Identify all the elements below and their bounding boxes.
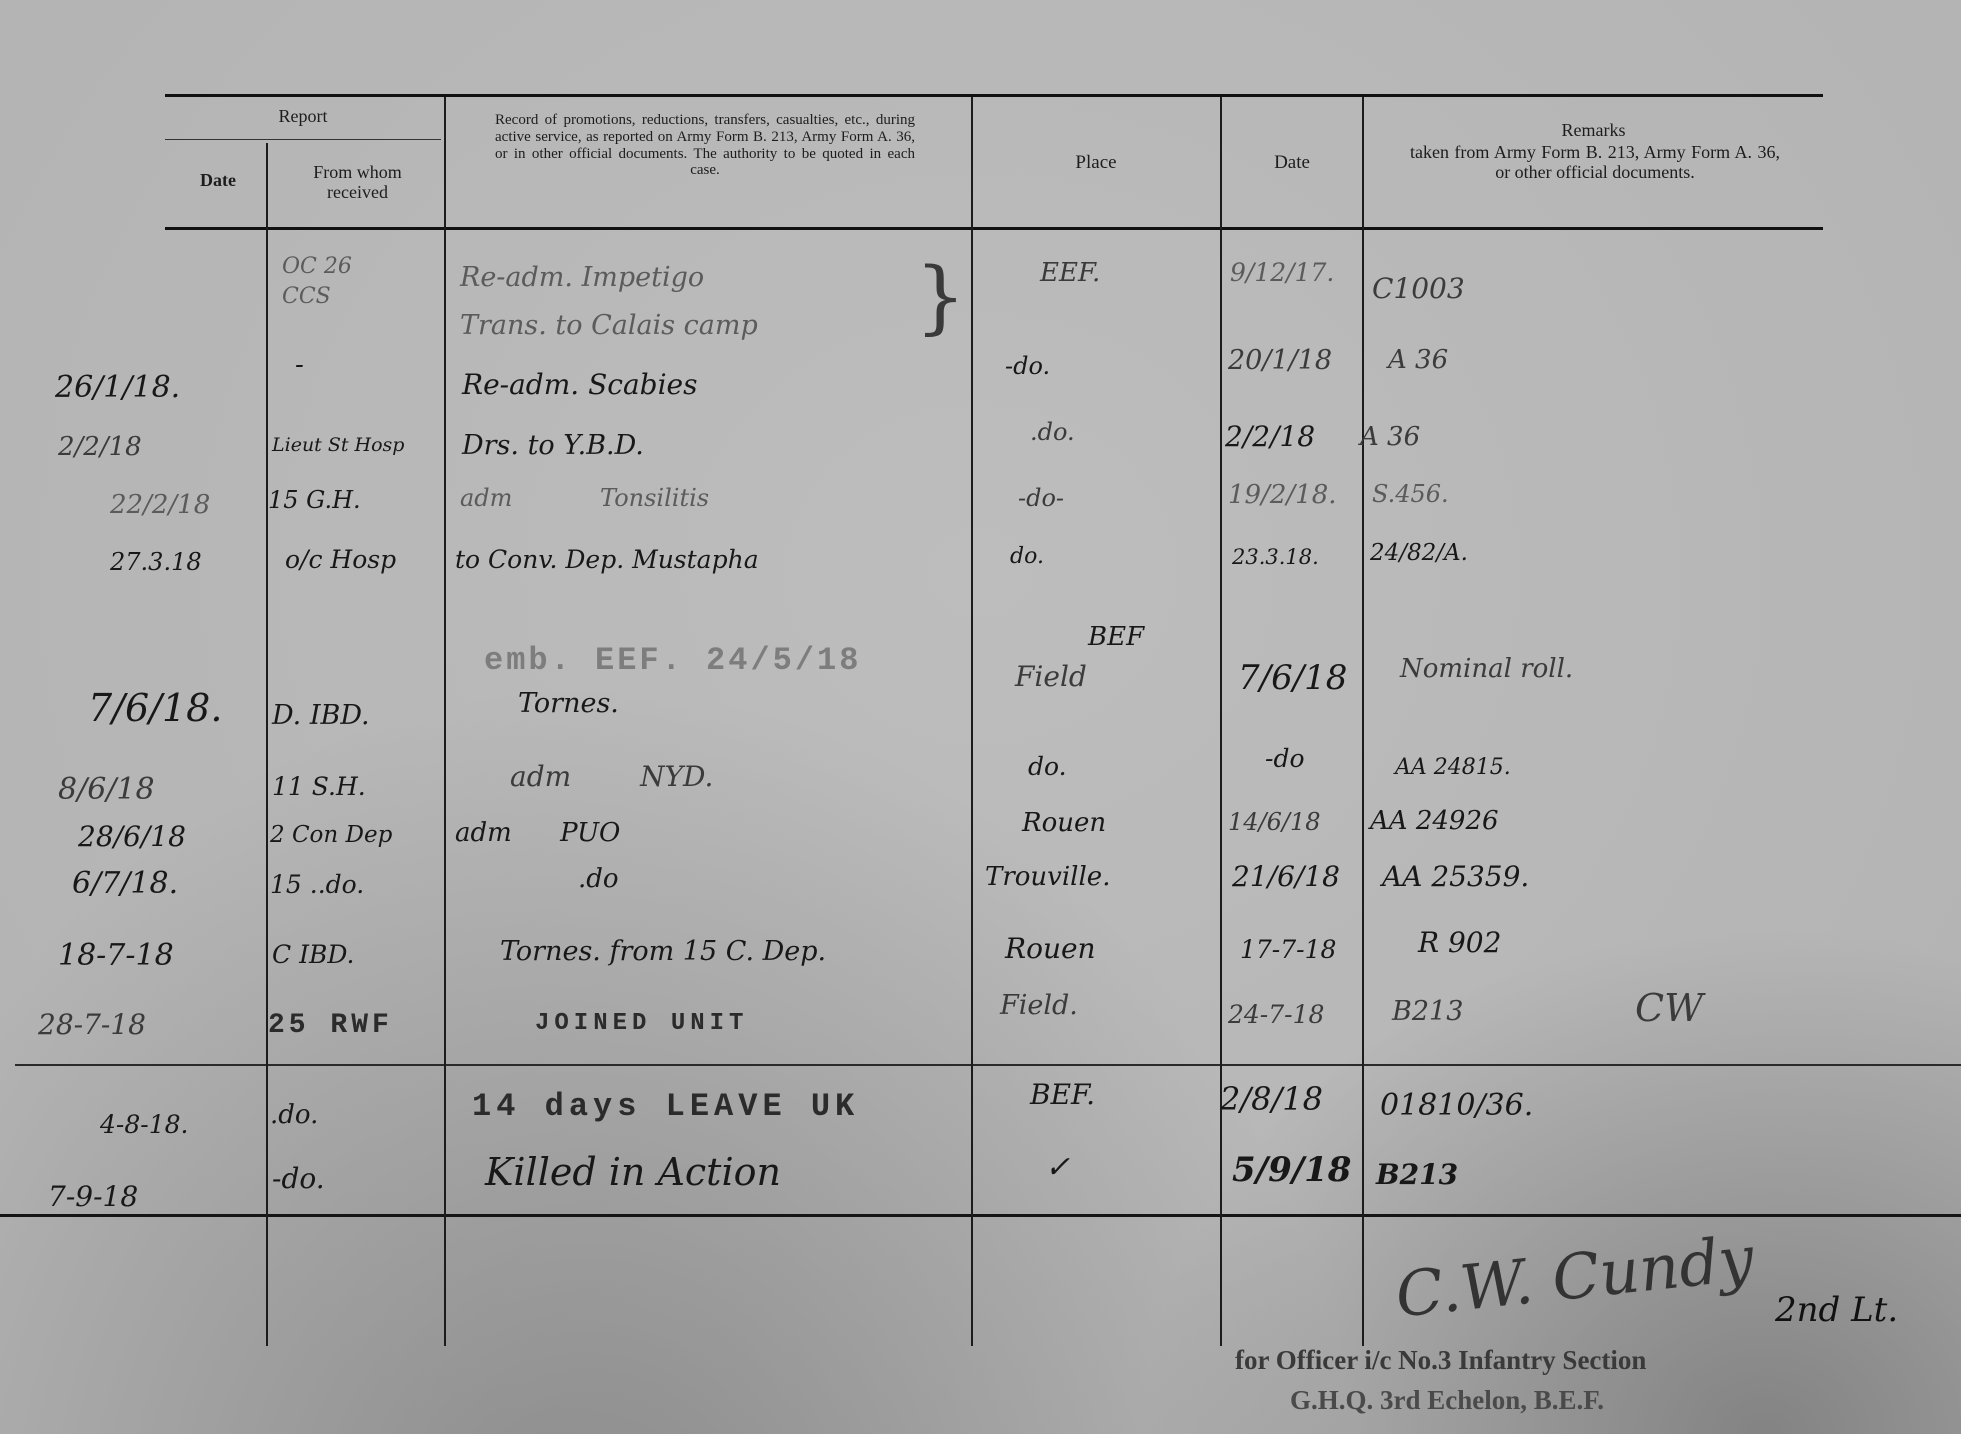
row6-remarks: Nominal roll. — [1400, 654, 1573, 684]
row3-from-whom: 15 G.H. — [268, 486, 361, 514]
row0-remarks: C1003 — [1372, 272, 1465, 305]
officer-signature: C.W. Cundy — [1392, 1221, 1757, 1331]
report-date-header: Date — [170, 170, 266, 190]
column-divider-from-whom — [444, 97, 446, 1346]
row12-remarks: 01810/36. — [1380, 1088, 1533, 1123]
row1-remarks: A 36 — [1388, 345, 1448, 375]
row10-place: Rouen — [1005, 932, 1096, 965]
row3-remarks: S.456. — [1372, 480, 1449, 508]
row9-date: 21/6/18 — [1232, 860, 1340, 893]
row2-remarks: A 36 — [1360, 422, 1420, 452]
row6-from-whom: D. IBD. — [272, 700, 370, 731]
row8-remarks: AA 24926 — [1370, 806, 1499, 836]
row7-place: do. — [1028, 752, 1067, 781]
row10-remarks: R 902 — [1418, 926, 1501, 959]
row13-remarks: B213 — [1376, 1158, 1458, 1191]
column-divider-place — [1220, 97, 1222, 1346]
row0-record: Re-adm. Impetigo — [460, 262, 704, 293]
row11-joined-unit-stamp: JOINED UNIT — [535, 1010, 748, 1037]
row13-report-date: 7-9-18 — [48, 1180, 138, 1213]
row6-place: Field — [1015, 660, 1087, 693]
row4-from-whom: o/c Hosp — [285, 545, 396, 574]
remarks-header-title: Remarks — [1364, 120, 1823, 140]
row2-date: 2/2/18 — [1225, 420, 1315, 453]
row1-report-date: 26/1/18. — [55, 370, 180, 405]
row10-report-date: 18-7-18 — [58, 938, 174, 973]
row3-place: -do- — [1018, 484, 1064, 512]
row10-from-whom: C IBD. — [272, 940, 354, 969]
record-header: Record of promotions, reductions, transf… — [495, 112, 915, 179]
row8-record: adm PUO — [455, 818, 620, 848]
row13-date: 5/9/18 — [1232, 1150, 1351, 1190]
row1-record: Re-adm. Scabies — [462, 368, 697, 401]
row11-report-date: 28-7-18 — [38, 1008, 146, 1041]
row8-place: Rouen — [1022, 808, 1106, 838]
row2-record: Drs. to Y.B.D. — [462, 430, 644, 461]
bottom-rule — [0, 1214, 1961, 1217]
row9-record: .do — [578, 864, 619, 894]
row4-date: 23.3.18. — [1232, 545, 1319, 569]
row13-place-tick: ✓ — [1045, 1150, 1070, 1185]
top-rule — [165, 94, 1823, 97]
row12-report-date: 4-8-18. — [100, 1110, 188, 1139]
report-group-header: Report — [165, 106, 441, 126]
row5-embarkation-stamp: emb. EEF. 24/5/18 — [484, 642, 861, 679]
row9-place: Trouville. — [985, 862, 1110, 892]
row8-report-date: 28/6/18 — [78, 820, 186, 853]
row4-record: to Conv. Dep. Mustapha — [455, 545, 759, 574]
row8-from-whom: 2 Con Dep — [270, 822, 392, 848]
row10-date: 17-7-18 — [1240, 935, 1336, 964]
row2-from-whom: Lieut St Hosp — [272, 434, 404, 456]
row4-remarks: 24/82/A. — [1370, 540, 1468, 566]
from-whom-header: From whom received — [290, 162, 425, 202]
row9-report-date: 6/7/18. — [72, 866, 178, 901]
row6-date: 7/6/18 — [1238, 658, 1347, 698]
row10-record: Tornes. from 15 C. Dep. — [500, 936, 826, 967]
header-bottom-rule — [165, 227, 1823, 230]
row11-date: 24-7-18 — [1228, 1000, 1324, 1029]
row9-remarks: AA 25359. — [1382, 860, 1529, 893]
brace-mark: } — [915, 250, 966, 343]
row2-place: .do. — [1030, 418, 1075, 446]
date-header: Date — [1222, 152, 1362, 173]
row7-from-whom: 11 S.H. — [272, 772, 366, 801]
row1-from-whom: - — [295, 350, 304, 380]
row11-from-whom-stamp: 25 RWF — [268, 1010, 393, 1041]
column-divider-date — [266, 143, 268, 1346]
row0-place: EEF. — [1040, 258, 1100, 288]
report-subheader-rule — [165, 139, 441, 140]
row13-from-whom: -do. — [272, 1162, 325, 1195]
remarks-header-body: taken from Army Form B. 213, Army Form A… — [1410, 142, 1780, 182]
row7-record: adm NYD. — [510, 760, 713, 793]
row0-record-line2: Trans. to Calais camp — [460, 310, 758, 341]
row9-from-whom: 15 ..do. — [270, 870, 364, 899]
row7-report-date: 8/6/18 — [58, 772, 155, 807]
initials-mark: CW — [1635, 986, 1703, 1030]
row12-from-whom: .do. — [270, 1100, 318, 1130]
row2-report-date: 2/2/18 — [58, 432, 142, 462]
row8-date: 14/6/18 — [1228, 808, 1321, 836]
place-header: Place — [972, 152, 1220, 173]
row5-place: BEF — [1088, 622, 1144, 652]
row0-date: 9/12/17. — [1230, 258, 1334, 287]
footer-stamp-line2: G.H.Q. 3rd Echelon, B.E.F. — [1290, 1385, 1604, 1416]
column-divider-date2 — [1362, 97, 1364, 1346]
row12-date: 2/8/18 — [1220, 1080, 1323, 1118]
row3-record: adm Tonsilitis — [460, 484, 709, 512]
row3-report-date: 22/2/18 — [110, 490, 210, 520]
row7-remarks: AA 24815. — [1395, 755, 1511, 780]
signature-rank: 2nd Lt. — [1775, 1290, 1898, 1330]
row11-remarks: B213 — [1392, 996, 1463, 1027]
column-divider-record — [971, 97, 973, 1346]
row11-place: Field. — [1000, 990, 1078, 1021]
row7-date: -do — [1265, 744, 1305, 773]
row6-record: Tornes. — [518, 688, 619, 719]
row13-record: Killed in Action — [485, 1150, 781, 1194]
row3-date: 19/2/18. — [1228, 480, 1337, 510]
section-rule — [15, 1064, 1961, 1066]
footer-stamp-line1: for Officer i/c No.3 Infantry Section — [1235, 1345, 1646, 1376]
row12-leave-stamp: 14 days LEAVE UK — [472, 1088, 859, 1125]
row4-place: do. — [1010, 544, 1044, 569]
row0-from-whom: OC 26 CCS — [282, 252, 362, 312]
row1-date: 20/1/18 — [1228, 345, 1332, 376]
row4-report-date: 27.3.18 — [110, 548, 202, 576]
row1-place: -do. — [1005, 352, 1050, 380]
row6-report-date: 7/6/18. — [88, 686, 222, 730]
row12-place: BEF. — [1030, 1078, 1095, 1111]
